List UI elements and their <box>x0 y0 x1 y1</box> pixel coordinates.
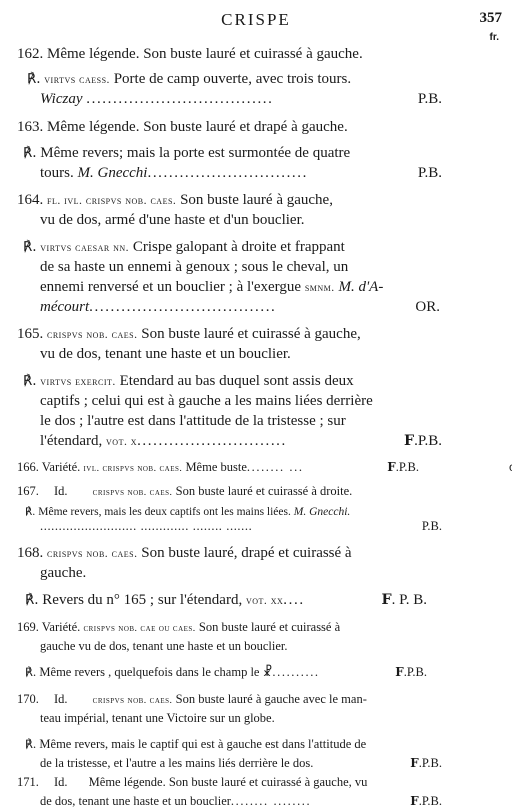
entry-164-obverse-cont: vu de dos, armé d'une haste et d'un bouc… <box>40 210 512 230</box>
reverse-legend: VIRTVS CAESS. <box>44 73 110 86</box>
obverse-legend: CRISPVS NOB. CAES. <box>93 695 173 706</box>
leader-dots: ........ ... <box>247 460 304 474</box>
obverse-description: Son buste lauré et cuirassé à gauche, <box>141 326 361 342</box>
reverse-description: Même revers , quelquefois dans le champ … <box>39 665 259 679</box>
entry-164-reverse-line3: ennemi renversé et un bouclier ; à l'exe… <box>40 277 512 298</box>
reverse-legend: VIRTVS CAESAR NN. <box>40 241 129 254</box>
entry-165-reverse: ℟. VIRTVS EXERCIT. Etendard au bas duque… <box>23 371 512 392</box>
rarity-value: c <box>498 516 512 536</box>
entry-number: 169. <box>17 617 39 637</box>
entry-163-obverse: 163. Même légende. Son buste lauré et dr… <box>17 117 512 137</box>
entry-number: 167. <box>17 481 39 501</box>
reverse-symbol-icon: ℟. <box>25 506 35 518</box>
collection-name: Wiczay <box>40 91 83 107</box>
obverse-description-cont: vu de dos, tenant une haste et un boucli… <box>40 346 291 362</box>
rarity-value: c <box>498 431 512 451</box>
entry-163-reverse: ℟. Même revers; mais la porte est surmon… <box>23 143 512 163</box>
mint-mark-icon: F <box>404 433 414 449</box>
mint-mark-icon: F <box>387 460 395 474</box>
obverse-description: Son buste lauré à gauche avec le man- <box>176 692 367 706</box>
obverse-legend: CRISPVS NOB. CAES. <box>93 487 173 498</box>
entry-164-reverse-line2: de sa haste un ennemi à genoux ; sous le… <box>40 257 512 277</box>
reverse-description: Même revers; mais la porte est surmontée… <box>40 145 350 161</box>
obverse-description: Même légende. Son buste lauré et cuirass… <box>89 775 368 789</box>
metal-label: .P.B. <box>419 794 442 808</box>
entry-166: 166. Variété. IVL. CRISPVS NOB. CAES. Mê… <box>17 457 512 479</box>
rarity-value: c <box>498 753 512 773</box>
obverse-description: Son buste lauré à gauche, <box>180 192 333 208</box>
variant-label: Id. <box>54 484 68 498</box>
metal-label: OR. <box>415 297 440 317</box>
price-value: 3 <box>498 163 512 183</box>
reverse-description: Revers du n° 165 ; sur l'étendard, <box>42 592 242 608</box>
reverse-symbol-icon: ℟. <box>23 145 37 161</box>
obverse-description-cont: teau impérial, tenant une Victoire sur u… <box>40 711 275 725</box>
entry-169-obverse-cont: gauche vu de dos, tenant une haste et un… <box>40 636 512 656</box>
reverse-description-cont: tours. <box>40 165 74 181</box>
obverse-description: Même légende. Son buste lauré et drapé à… <box>47 119 348 135</box>
reverse-description-cont: l'étendard, <box>40 433 102 449</box>
running-head: CRISPE 357 fr. <box>0 8 512 38</box>
reverse-description: Porte de camp ouverte, avec trois tours. <box>114 71 351 87</box>
reverse-legend: VIRTVS EXERCIT. <box>40 375 116 388</box>
catalog-page: CRISPE 357 fr. 162. Même légende. Son bu… <box>0 0 512 808</box>
metal-label: . P. B. <box>392 592 427 608</box>
entry-165-reverse-line2: captifs ; celui qui est à gauche a les m… <box>40 391 512 411</box>
metal-label: .P.B. <box>396 460 419 474</box>
obverse-description: Son buste lauré et cuirassé à droite. <box>176 484 353 498</box>
entry-number: 168. <box>17 543 43 563</box>
reverse-description: Crispe galopant à droite et frappant <box>133 239 345 255</box>
leader-dots: ............................ <box>137 433 287 449</box>
entry-162-obverse: 162. Même légende. Son buste lauré et cu… <box>17 44 512 64</box>
entry-167-attribution: .......................... .............… <box>40 516 512 536</box>
entry-170-obverse-cont: teau impérial, tenant une Victoire sur u… <box>40 708 512 728</box>
reverse-description-cont: le dos ; l'autre est dans l'attitude de … <box>40 413 346 429</box>
entry-number: 166. <box>17 457 39 477</box>
leader-dots: .............................. <box>147 165 308 181</box>
variant-label: Id. <box>54 692 68 706</box>
metal-label: P.B. <box>418 163 442 183</box>
entry-165-attribution: l'étendard, VOT. X......................… <box>40 431 512 452</box>
obverse-description: Son buste lauré, drapé et cuirassé à <box>141 545 351 561</box>
reverse-symbol-icon: ℟. <box>27 71 41 87</box>
leader-dots: .......................... .............… <box>40 519 252 533</box>
mint-mark-icon: F <box>381 592 391 608</box>
metal-label: P.B. <box>422 516 442 536</box>
obverse-description-cont: gauche vu de dos, tenant une haste et un… <box>40 639 288 653</box>
collection-name-cont: mécourt <box>40 299 89 315</box>
obverse-description-cont: gauche. <box>40 565 86 581</box>
reverse-symbol-icon: ℟. <box>25 738 36 751</box>
metal-label: .P.B. <box>404 665 427 679</box>
leader-dots: .... <box>283 592 304 608</box>
price-value: 3 <box>483 662 512 682</box>
chi-rho-icon: ☧ <box>263 665 273 679</box>
vot-inscription: VOT. X <box>106 435 137 448</box>
obverse-description-cont: vu de dos, armé d'une haste et d'un bouc… <box>40 212 305 228</box>
reverse-description-cont: ennemi renversé et un bouclier ; à l'exe… <box>40 279 301 295</box>
page-number: 357 <box>480 10 503 27</box>
reverse-description-cont: captifs ; celui qui est à gauche a les m… <box>40 393 373 409</box>
reverse-symbol-icon: ℟. <box>23 239 37 255</box>
leader-dots: ................................... <box>89 299 276 315</box>
entry-163-attribution: tours. M. Gnecchi.......................… <box>40 163 512 183</box>
obverse-legend: IVL. CRISPVS NOB. CAES. <box>83 463 182 474</box>
reverse-description-cont: de la tristesse, et l'autre a les mains … <box>40 756 313 770</box>
leader-dots: .......... <box>272 665 319 679</box>
exergue-mark: SMNM. <box>305 281 335 294</box>
entry-168-reverse: ℟. Revers du n° 165 ; sur l'étendard, VO… <box>25 590 512 611</box>
rarity-value: c <box>483 590 512 610</box>
entry-number: 171. <box>17 772 39 792</box>
obverse-legend: FL. IVL. CRISPVS NOB. CAES. <box>47 194 176 207</box>
obverse-legend: CRISPVS NOB. CAES. <box>47 328 138 341</box>
entry-number: 163. <box>17 117 43 137</box>
reverse-description: Même revers, mais le captif qui est à ga… <box>39 737 366 751</box>
entry-167-obverse: 167. Id. CRISPVS NOB. CAES. Son buste la… <box>17 481 512 503</box>
leader-dots: ................................... <box>86 91 273 107</box>
entry-170-reverse: ℟. Même revers, mais le captif qui est à… <box>25 734 512 755</box>
price-value: 3 <box>498 89 512 109</box>
metal-label: P.B. <box>418 89 442 109</box>
collection-name: M. d'A- <box>338 279 383 295</box>
entry-number: 165. <box>17 324 43 344</box>
obverse-description: Même buste <box>185 460 246 474</box>
entry-171-obverse: 171. Id. Même légende. Son buste lauré e… <box>17 772 512 792</box>
obverse-description-cont: de dos, tenant une haste et un bouclier <box>40 794 231 808</box>
vot-inscription: VOT. XX <box>246 594 283 607</box>
entry-168-obverse-cont: gauche. <box>40 563 512 583</box>
variant-label: Variété. <box>42 620 81 634</box>
mint-mark-icon: F <box>410 756 418 770</box>
mint-mark-icon: F <box>410 794 418 808</box>
obverse-legend: CRISPVS NOB. CAES. <box>47 547 138 560</box>
entry-164-reverse: ℟. VIRTVS CAESAR NN. Crispe galopant à d… <box>23 237 512 258</box>
reverse-symbol-icon: ℟. <box>25 666 36 679</box>
metal-label: .P.B. <box>414 433 442 449</box>
reverse-symbol-icon: ℟. <box>25 592 39 608</box>
reverse-description: Etendard au bas duquel sont assis deux <box>120 373 354 389</box>
rarity-value: c <box>475 457 512 477</box>
entry-number: 164. <box>17 190 43 210</box>
entry-165-reverse-line3: le dos ; l'autre est dans l'attitude de … <box>40 411 512 431</box>
value-column-unit: fr. <box>490 32 499 43</box>
entry-171-attribution: de dos, tenant une haste et un bouclier.… <box>40 791 512 808</box>
entry-165-obverse-cont: vu de dos, tenant une haste et un boucli… <box>40 344 512 364</box>
entry-168-obverse: 168. CRISPVS NOB. CAES. Son buste lauré,… <box>17 543 512 564</box>
variant-label: Variété. <box>42 460 81 474</box>
entry-164-attribution: mécourt.................................… <box>40 297 512 317</box>
entry-164-obverse: 164. FL. IVL. CRISPVS NOB. CAES. Son bus… <box>17 190 512 211</box>
leader-dots: ........ ........ <box>231 794 311 808</box>
obverse-legend: CRISPVS NOB. CAE OU CAES. <box>83 623 195 634</box>
mint-mark-icon: F <box>395 665 403 679</box>
obverse-description: Son buste lauré et cuirassé à <box>199 620 340 634</box>
entry-169-reverse: ℟. Même revers , quelquefois dans le cha… <box>25 662 512 683</box>
entry-162-attribution: Wiczay .................................… <box>40 89 512 109</box>
collection-name: M. Gnecchi <box>78 165 148 181</box>
rarity-value: c <box>498 791 512 808</box>
entry-165-obverse: 165. CRISPVS NOB. CAES. Son buste lauré … <box>17 324 512 345</box>
page-title: CRISPE <box>0 10 512 30</box>
reverse-description-cont: de sa haste un ennemi à genoux ; sous le… <box>40 259 348 275</box>
metal-label: .P.B. <box>419 756 442 770</box>
price-value: 500 <box>498 297 512 317</box>
variant-label: Id. <box>54 775 68 789</box>
entry-number: 170. <box>17 689 39 709</box>
entry-number: 162. <box>17 44 43 64</box>
entry-170-attribution: de la tristesse, et l'autre a les mains … <box>40 753 512 773</box>
entry-162-reverse: ℟. VIRTVS CAESS. Porte de camp ouverte, … <box>27 69 512 90</box>
reverse-symbol-icon: ℟. <box>23 373 37 389</box>
obverse-description: Même légende. Son buste lauré et cuirass… <box>47 46 363 62</box>
